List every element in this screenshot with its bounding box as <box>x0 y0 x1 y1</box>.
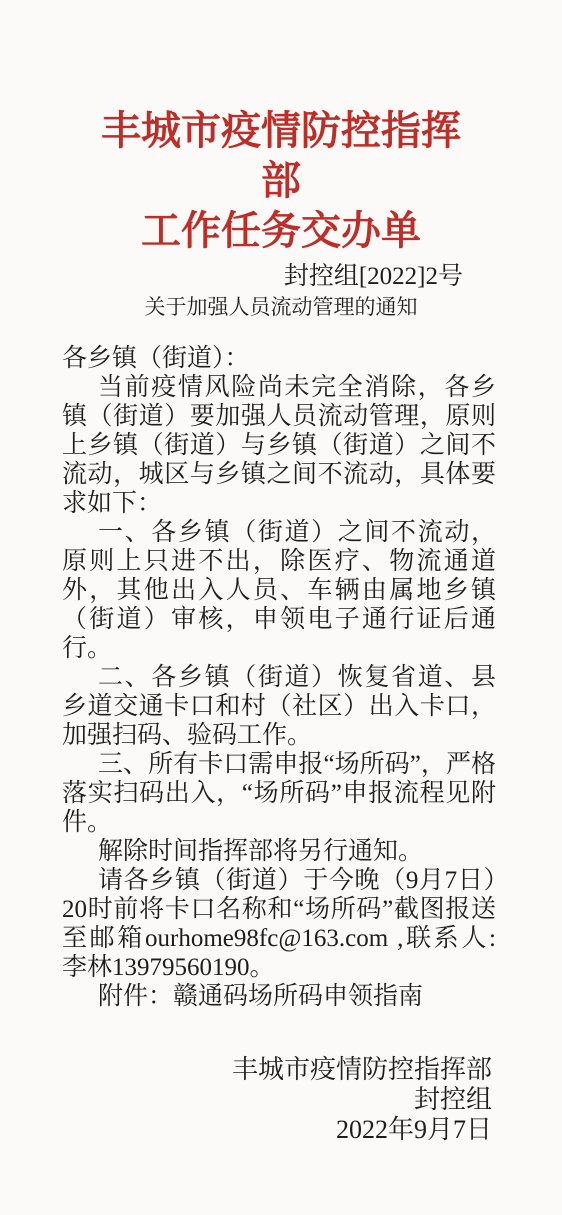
signature-group: 封控组 <box>0 1085 492 1115</box>
body-paragraph: 二、各乡镇（街道）恢复省道、县乡道交通卡口和村（社区）出入卡口，加强扫码、验码工… <box>62 663 496 750</box>
subject-line: 关于加强人员流动管理的通知 <box>0 294 562 320</box>
salutation: 各乡镇（街道）： <box>62 344 496 373</box>
attachment-line: 附件：赣通码场所码申领指南 <box>62 982 496 1011</box>
document-title-block: 丰城市疫情防控指挥部 工作任务交办单 <box>95 106 467 256</box>
title-doc-type-line: 工作任务交办单 <box>95 206 467 256</box>
body-paragraph: 三、所有卡口需申报“场所码”，严格落实扫码出入，“场所码”申报流程见附件。 <box>62 750 496 837</box>
body-paragraph: 解除时间指挥部将另行通知。 <box>62 837 496 866</box>
title-org-line: 丰城市疫情防控指挥部 <box>95 106 467 206</box>
body-paragraph: 请各乡镇（街道）于今晚（9月7日）20时前将卡口名称和“场所码”截图报送至邮箱o… <box>62 866 496 982</box>
signature-date: 2022年9月7日 <box>0 1115 492 1145</box>
document-body: 各乡镇（街道）： 当前疫情风险尚未完全消除，各乡镇（街道）要加强人员流动管理，原… <box>62 344 496 1011</box>
signature-block: 丰城市疫情防控指挥部 封控组 2022年9月7日 <box>0 1055 562 1145</box>
doc-number: 封控组[2022]2号 <box>0 262 562 292</box>
body-paragraph: 当前疫情风险尚未完全消除，各乡镇（街道）要加强人员流动管理，原则上乡镇（街道）与… <box>62 373 496 518</box>
body-paragraph: 一、各乡镇（街道）之间不流动，原则上只进不出，除医疗、物流通道外，其他出入人员、… <box>62 518 496 663</box>
document-page: 丰城市疫情防控指挥部 工作任务交办单 封控组[2022]2号 关于加强人员流动管… <box>0 0 562 1215</box>
signature-org: 丰城市疫情防控指挥部 <box>0 1055 492 1085</box>
